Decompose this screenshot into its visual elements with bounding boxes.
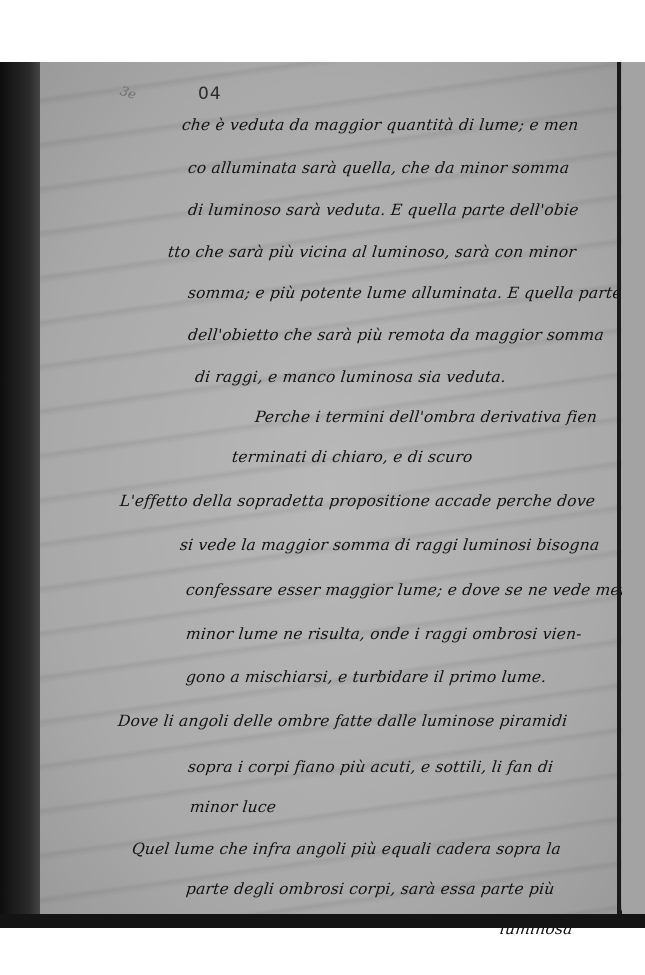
text-line: L'effetto della sopradetta propositione … (119, 492, 596, 510)
manuscript-scan: 3e 04 che è veduta da maggior quantità d… (0, 62, 645, 928)
text-line: si vede la maggior somma di raggi lumino… (179, 536, 600, 554)
text-line: parte degli ombrosi corpi, sarà essa par… (185, 880, 555, 898)
text-line: somma; e più potente lume alluminata. E … (187, 284, 623, 302)
adjacent-page-edge (622, 62, 645, 914)
page-number: 04 (198, 84, 222, 104)
text-line: di luminoso sarà veduta. E quella parte … (187, 201, 580, 219)
text-line: minor luce (189, 798, 277, 816)
text-line: Dove li angoli delle ombre fatte dalle l… (117, 712, 568, 730)
text-line: gono a mischiarsi, e turbidare il primo … (185, 668, 547, 686)
text-line: minor lume ne risulta, onde i raggi ombr… (185, 625, 583, 643)
heading-line: Perche i termini dell'ombra derivativa f… (254, 408, 598, 426)
text-line: che è veduta da maggior quantità di lume… (181, 116, 579, 134)
manuscript-page: 3e 04 che è veduta da maggior quantità d… (40, 62, 622, 914)
text-line: Quel lume che infra angoli più equali ca… (131, 840, 562, 858)
text-line: sopra i corpi fiano più acuti, e sottili… (187, 758, 554, 776)
book-binding-edge (0, 62, 42, 928)
heading-line: terminati di chiaro, e di scuro (231, 448, 473, 466)
margin-mark: 3e (118, 84, 138, 103)
text-line: dell'obietto che sarà più remota da magg… (187, 326, 605, 344)
text-line: co alluminata sarà quella, che da minor … (187, 159, 570, 177)
right-margin-rule (617, 62, 621, 918)
text-line: confessare esser maggior lume; e dove se… (185, 581, 641, 599)
scan-bottom-border (0, 914, 645, 928)
text-line: di raggi, e manco luminosa sia veduta. (194, 368, 507, 386)
text-line: tto che sarà più vicina al luminoso, sar… (167, 243, 577, 261)
